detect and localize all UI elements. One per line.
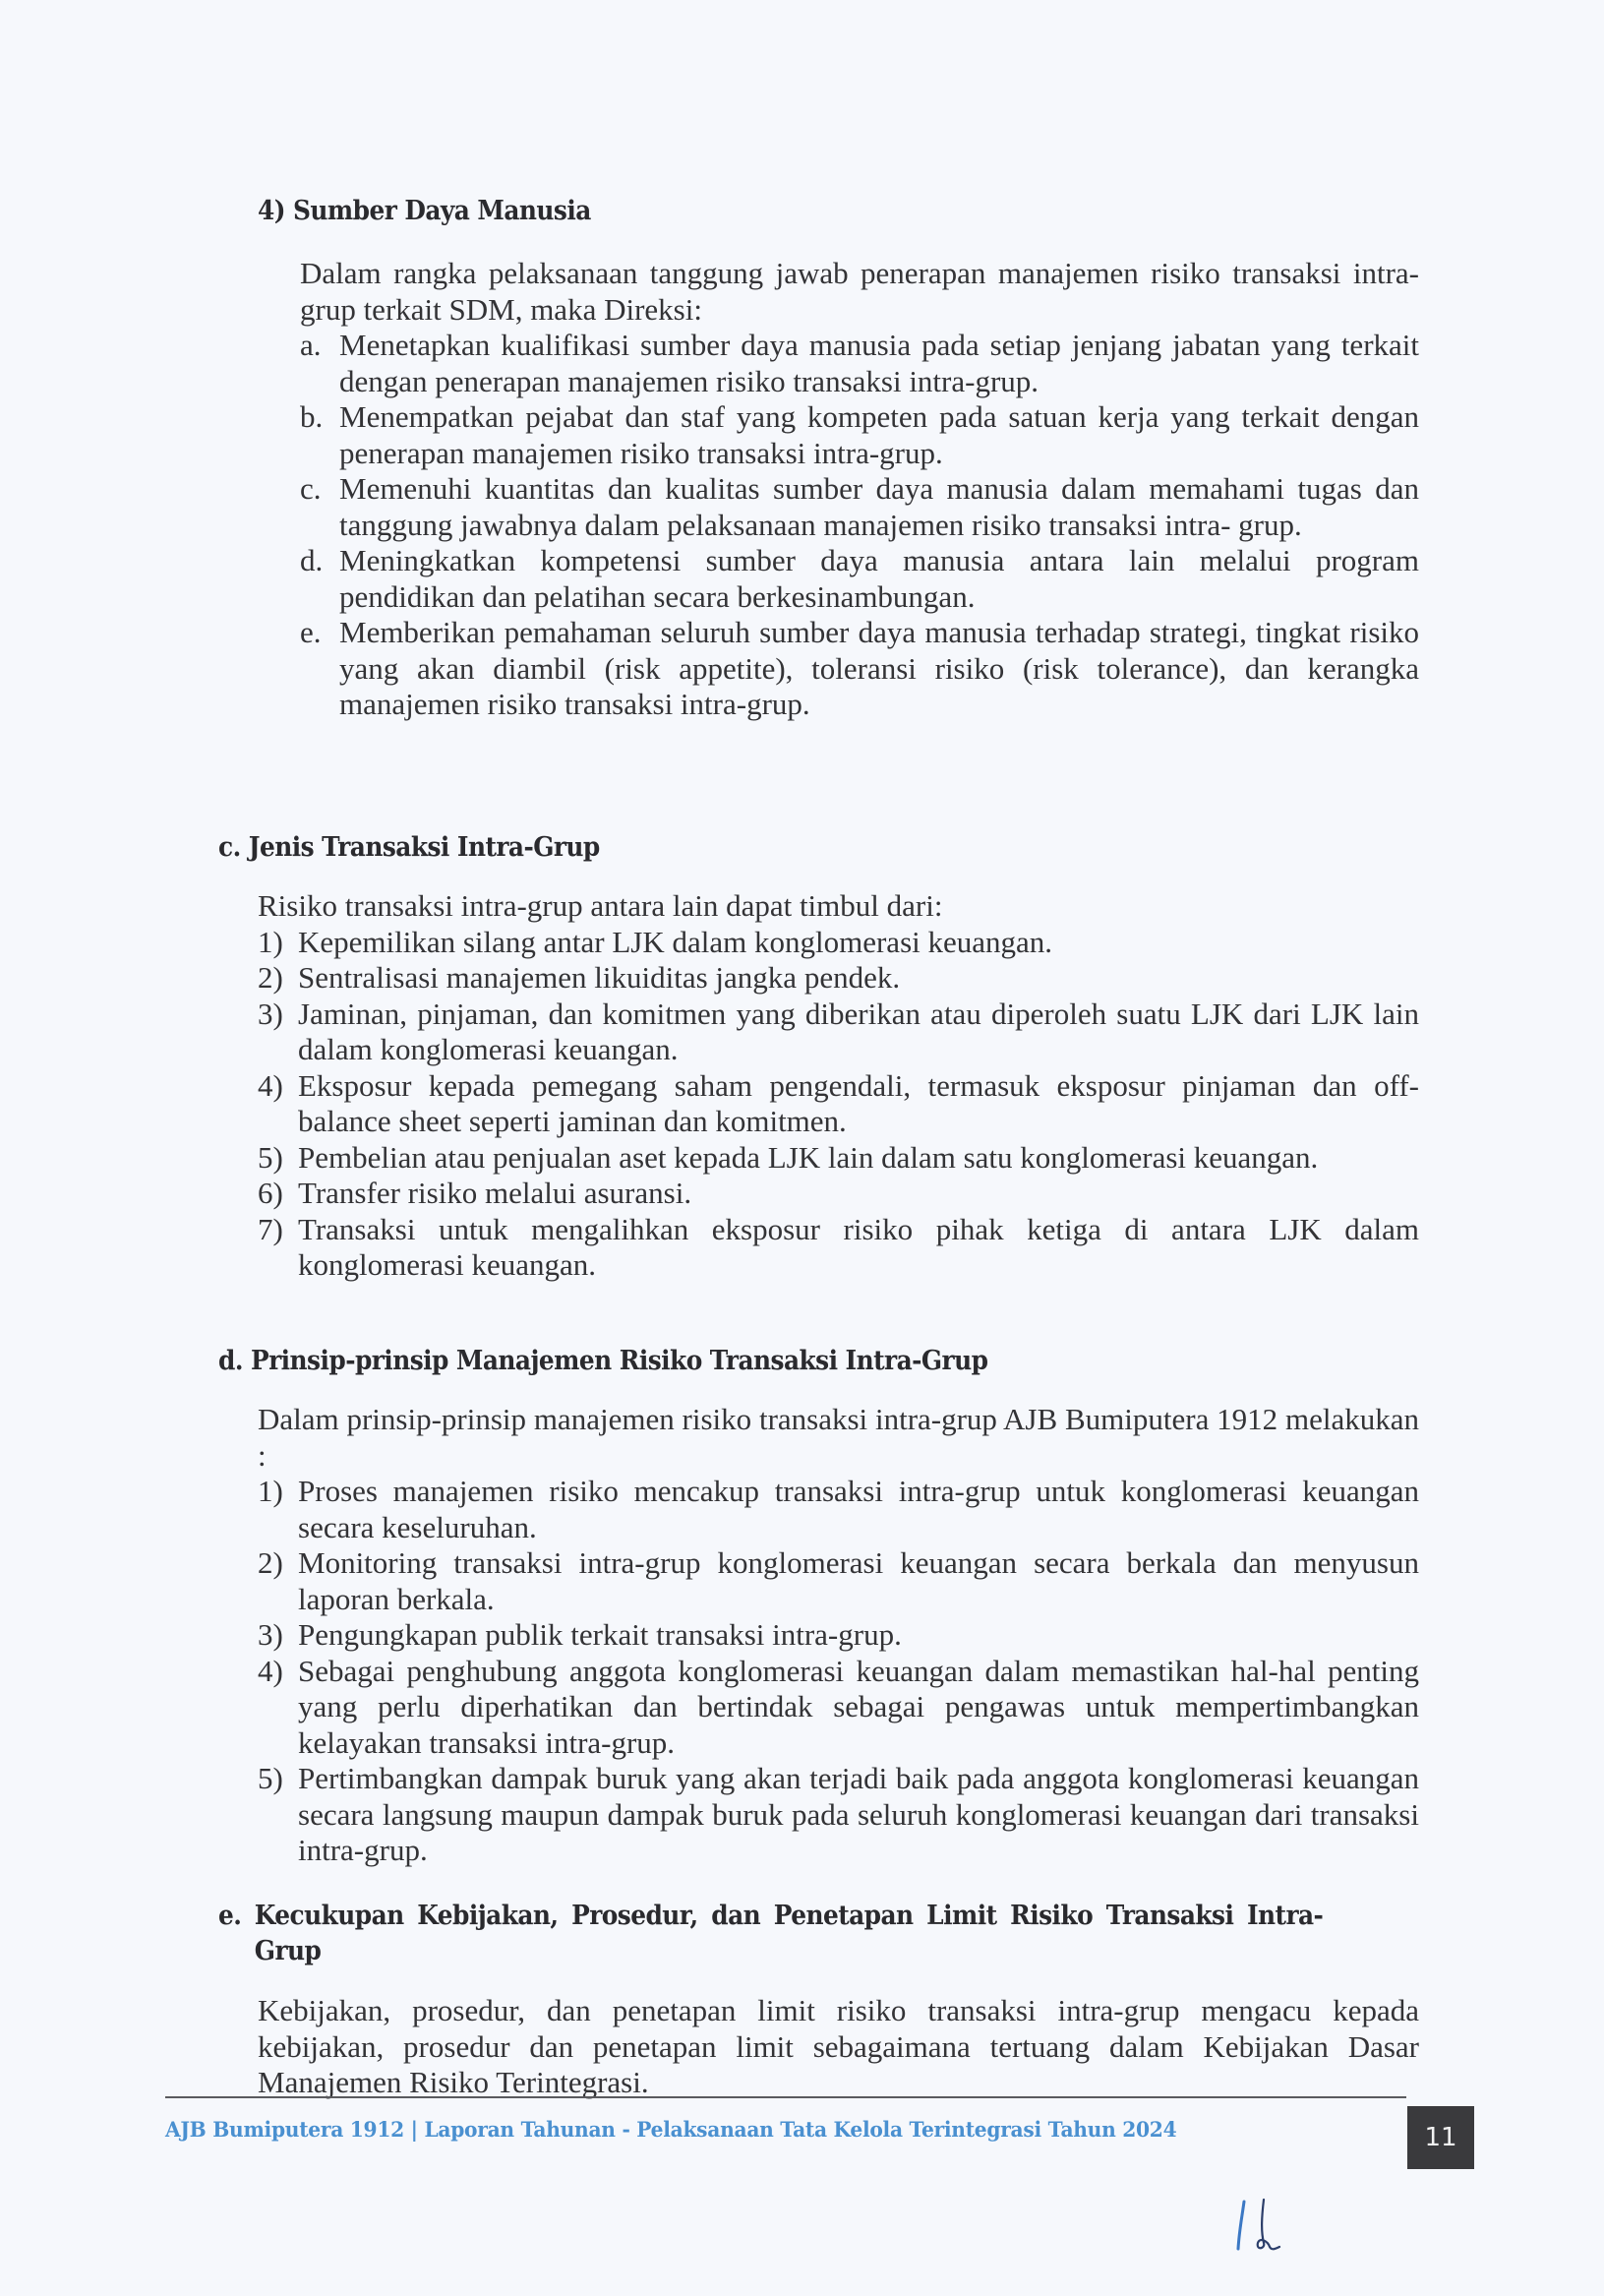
list-marker: 5) (258, 1140, 298, 1177)
section-heading-prinsip-manajemen-risiko: d. Prinsip-prinsip Manajemen Risiko Tran… (218, 1344, 987, 1379)
list-marker: 3) (258, 997, 298, 1068)
list-item: 3)Jaminan, pinjaman, dan komitmen yang d… (258, 997, 1419, 1068)
list-marker: 6) (258, 1176, 298, 1212)
list-item-text: Proses manajemen risiko mencakup transak… (298, 1474, 1419, 1545)
list-item: 2)Monitoring transaksi intra-grup konglo… (258, 1545, 1419, 1617)
section-body-jenis-transaksi: Risiko transaksi intra-grup antara lain … (258, 888, 1419, 1284)
list-item: a.Menetapkan kualifikasi sumber daya man… (300, 328, 1419, 399)
paragraph: Dalam prinsip-prinsip manajemen risiko t… (258, 1402, 1419, 1474)
list-item: 6)Transfer risiko melalui asuransi. (258, 1176, 1419, 1212)
list-marker: 4) (258, 1068, 298, 1140)
list-item-text: Meningkatkan kompetensi sumber daya manu… (339, 543, 1419, 615)
list-item: 4)Sebagai penghubung anggota konglomeras… (258, 1654, 1419, 1762)
list-item-text: Transfer risiko melalui asuransi. (298, 1176, 1419, 1212)
list-item: 1)Kepemilikan silang antar LJK dalam kon… (258, 925, 1419, 961)
section-heading-text: Kecukupan Kebijakan, Prosedur, dan Penet… (255, 1899, 1324, 1969)
list-item: b.Menempatkan pejabat dan staf yang komp… (300, 399, 1419, 471)
list-item: 2)Sentralisasi manajemen likuiditas jang… (258, 960, 1419, 997)
list-item-text: Monitoring transaksi intra-grup konglome… (298, 1545, 1419, 1617)
list-item: 1)Proses manajemen risiko mencakup trans… (258, 1474, 1419, 1545)
section-body-prinsip-manajemen-risiko: Dalam prinsip-prinsip manajemen risiko t… (258, 1402, 1419, 1869)
footer-title: AJB Bumiputera 1912 | Laporan Tahunan - … (165, 2111, 1176, 2150)
section-marker: e. (218, 1899, 255, 1969)
section-body-kecukupan-kebijakan: Kebijakan, prosedur, dan penetapan limit… (258, 1993, 1419, 2101)
list-marker: 2) (258, 960, 298, 997)
signature-initial-icon (1234, 2192, 1313, 2270)
page-number-badge: 11 (1407, 2106, 1474, 2169)
list-item: e.Memberikan pemahaman seluruh sumber da… (300, 615, 1419, 723)
list-marker: 7) (258, 1212, 298, 1284)
list-item: 7)Transaksi untuk mengalihkan eksposur r… (258, 1212, 1419, 1284)
list-item: 4)Eksposur kepada pemegang saham pengend… (258, 1068, 1419, 1140)
footer-divider (165, 2096, 1406, 2098)
page-number: 11 (1424, 2123, 1456, 2152)
list-item-text: Memenuhi kuantitas dan kualitas sumber d… (339, 471, 1419, 543)
list-item-text: Memberikan pemahaman seluruh sumber daya… (339, 615, 1419, 723)
list-item-text: Pengungkapan publik terkait transaksi in… (298, 1617, 1419, 1654)
list-item: c.Memenuhi kuantitas dan kualitas sumber… (300, 471, 1419, 543)
list-marker: c. (300, 471, 339, 543)
list-marker: 1) (258, 925, 298, 961)
list-marker: 5) (258, 1761, 298, 1869)
document-page: 4) Sumber Daya Manusia Dalam rangka pela… (0, 0, 1604, 2296)
paragraph: Dalam rangka pelaksanaan tanggung jawab … (300, 256, 1419, 328)
list-item-text: Menempatkan pejabat dan staf yang kompet… (339, 399, 1419, 471)
list-marker: d. (300, 543, 339, 615)
section-heading-sumber-daya-manusia: 4) Sumber Daya Manusia (258, 194, 591, 229)
list-item: 5)Pertimbangkan dampak buruk yang akan t… (258, 1761, 1419, 1869)
list-item-text: Kepemilikan silang antar LJK dalam kongl… (298, 925, 1419, 961)
list-marker: 4) (258, 1654, 298, 1762)
list-marker: e. (300, 615, 339, 723)
list-item: 3)Pengungkapan publik terkait transaksi … (258, 1617, 1419, 1654)
list-marker: 3) (258, 1617, 298, 1654)
list-item-text: Pertimbangkan dampak buruk yang akan ter… (298, 1761, 1419, 1869)
paragraph: Risiko transaksi intra-grup antara lain … (258, 888, 1419, 925)
list-item-text: Sentralisasi manajemen likuiditas jangka… (298, 960, 1419, 997)
list-item: 5)Pembelian atau penjualan aset kepada L… (258, 1140, 1419, 1177)
list-item-text: Menetapkan kualifikasi sumber daya manus… (339, 328, 1419, 399)
list-marker: b. (300, 399, 339, 471)
list-marker: a. (300, 328, 339, 399)
section-heading-kecukupan-kebijakan: e. Kecukupan Kebijakan, Prosedur, dan Pe… (218, 1899, 1323, 1969)
list-marker: 1) (258, 1474, 298, 1545)
section-heading-jenis-transaksi: c. Jenis Transaksi Intra-Grup (218, 830, 600, 866)
list-marker: 2) (258, 1545, 298, 1617)
list-item: d.Meningkatkan kompetensi sumber daya ma… (300, 543, 1419, 615)
list-item-text: Pembelian atau penjualan aset kepada LJK… (298, 1140, 1419, 1177)
section-body-sumber-daya-manusia: Dalam rangka pelaksanaan tanggung jawab … (300, 256, 1419, 723)
list-item-text: Eksposur kepada pemegang saham pengendal… (298, 1068, 1419, 1140)
list-item-text: Sebagai penghubung anggota konglomerasi … (298, 1654, 1419, 1762)
list-item-text: Jaminan, pinjaman, dan komitmen yang dib… (298, 997, 1419, 1068)
list-item-text: Transaksi untuk mengalihkan eksposur ris… (298, 1212, 1419, 1284)
